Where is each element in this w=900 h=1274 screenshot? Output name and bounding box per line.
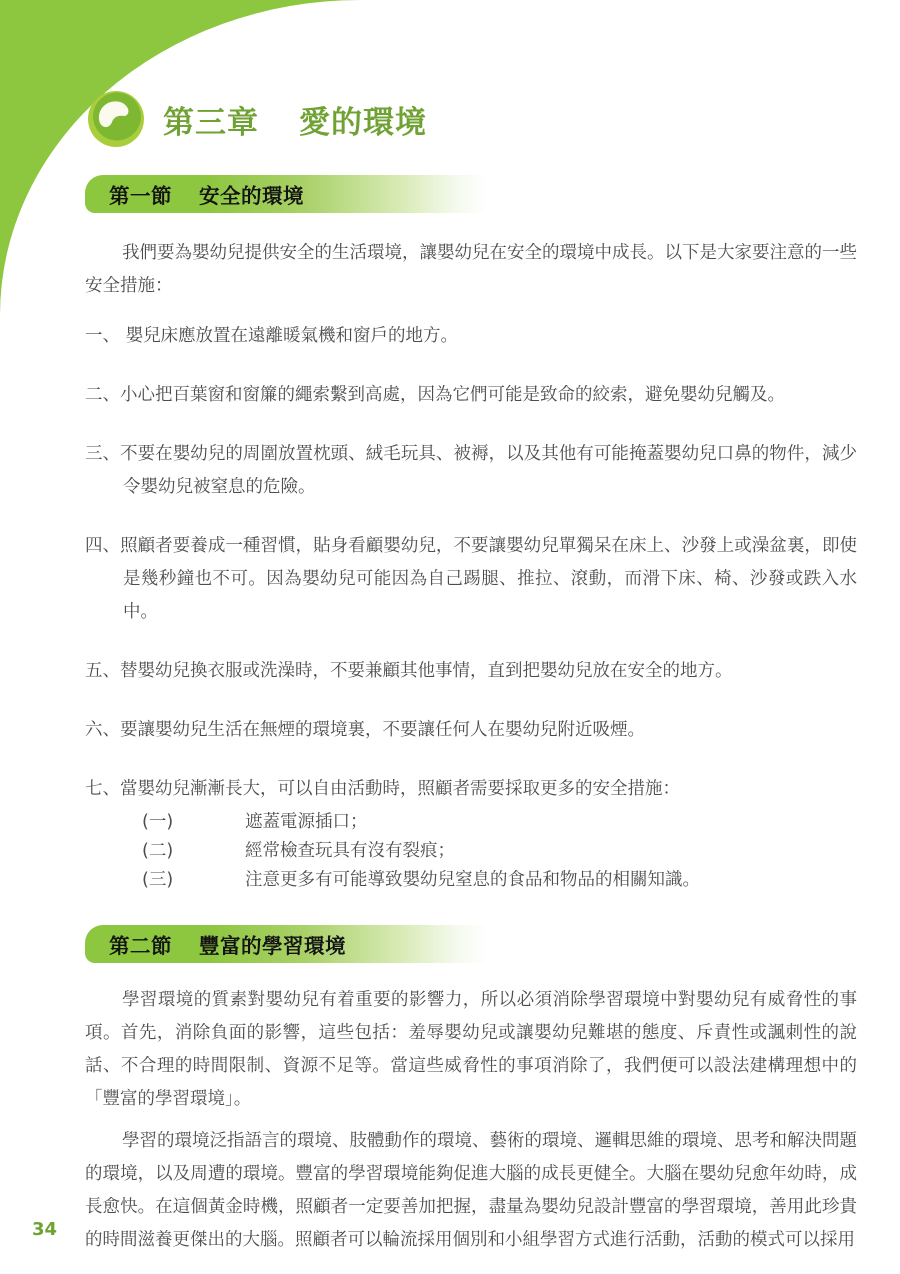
chapter-heading: 第三章愛的環境 (87, 90, 857, 148)
safety-item-3: 三、不要在嬰幼兒的周圍放置枕頭、絨毛玩具、被褥，以及其他有可能掩蓋嬰幼兒口鼻的物… (85, 438, 857, 504)
section-1-title: 安全的環境 (199, 179, 304, 209)
safety-subitem-3: (三) 注意更多有可能導致嬰幼兒窒息的食品和物品的相關知識。 (142, 866, 857, 895)
safety-items-list: 一、 嬰兒床應放置在遠離暖氣機和窗戶的地方。 二、小心把百葉窗和窗簾的繩索繫到高… (85, 320, 857, 895)
section-2-paragraph-1: 學習環境的質素對嬰幼兒有着重要的影響力，所以必須消除學習環境中對嬰幼兒有威脅性的… (85, 984, 857, 1116)
safety-item-7: 七、當嬰幼兒漸漸長大，可以自由活動時，照顧者需要採取更多的安全措施： (85, 773, 857, 806)
page-content: 第三章愛的環境 第一節 安全的環境 我們要為嬰幼兒提供安全的生活環境，讓嬰幼兒在… (85, 0, 857, 1257)
section-2-heading-bar: 第二節 豐富的學習環境 (85, 925, 487, 963)
section-1-heading-bar: 第一節 安全的環境 (85, 175, 487, 213)
chapter-title: 第三章愛的環境 (163, 97, 427, 142)
subitem-1-marker: (一) (142, 808, 245, 837)
section-2-title: 豐富的學習環境 (199, 929, 346, 959)
safety-subitem-1: (一) 遮蓋電源插口； (142, 808, 857, 837)
subitem-2-text: 經常檢查玩具有沒有裂痕； (245, 837, 455, 866)
safety-item-1: 一、 嬰兒床應放置在遠離暖氣機和窗戶的地方。 (85, 320, 857, 353)
subitem-3-marker: (三) (142, 866, 245, 895)
section-1-intro-paragraph: 我們要為嬰幼兒提供安全的生活環境，讓嬰幼兒在安全的環境中成長。以下是大家要注意的… (85, 237, 857, 303)
section-1-number: 第一節 (109, 179, 172, 209)
subitem-1-text: 遮蓋電源插口； (245, 808, 368, 837)
safety-item-6: 六、要讓嬰幼兒生活在無煙的環境裏，不要讓任何人在嬰幼兒附近吸煙。 (85, 714, 857, 747)
subitem-2-marker: (二) (142, 837, 245, 866)
safety-subitems-list: (一) 遮蓋電源插口； (二) 經常檢查玩具有沒有裂痕； (三) 注意更多有可能… (85, 808, 857, 895)
safety-item-4: 四、照顧者要養成一種習慣，貼身看顧嬰幼兒，不要讓嬰幼兒單獨呆在床上、沙發上或澡盆… (85, 530, 857, 629)
page-number: 34 (32, 1219, 57, 1240)
safety-subitem-2: (二) 經常檢查玩具有沒有裂痕； (142, 837, 857, 866)
safety-item-5: 五、替嬰幼兒換衣服或洗澡時，不要兼顧其他事情，直到把嬰幼兒放在安全的地方。 (85, 655, 857, 688)
sphere-logo-icon (87, 90, 145, 148)
section-2-paragraph-2: 學習的環境泛指語言的環境、肢體動作的環境、藝術的環境、邏輯思維的環境、思考和解決… (85, 1125, 857, 1257)
subitem-3-text: 注意更多有可能導致嬰幼兒窒息的食品和物品的相關知識。 (245, 866, 700, 895)
chapter-number: 第三章 (163, 105, 259, 141)
section-2-number: 第二節 (109, 929, 172, 959)
chapter-name: 愛的環境 (299, 105, 427, 141)
safety-item-2: 二、小心把百葉窗和窗簾的繩索繫到高處，因為它們可能是致命的絞索，避免嬰幼兒觸及。 (85, 379, 857, 412)
